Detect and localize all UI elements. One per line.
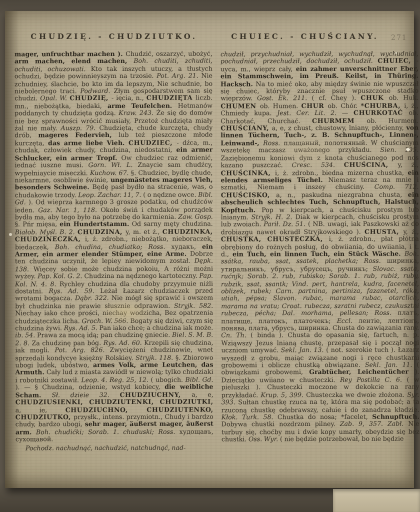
paper-speck	[9, 233, 12, 236]
running-head-left: CHUDZIĘ. - CHUDZIUTKO.	[15, 32, 213, 41]
column-right-text: chudził, przychudniał, wychudził, wychud…	[220, 51, 419, 444]
page-number: 271	[391, 34, 407, 42]
running-head-right: CHUIEC. - CHUŚCIANY.	[221, 32, 389, 41]
column-left: mager, unfruchtbar machen ). Chudzić, os…	[14, 51, 213, 484]
scanned-dictionary-photo: { "page": { "header_left": "CHUDZIĘ. - C…	[0, 0, 420, 512]
column-right: chudził, przychudniał, wychudził, wychud…	[220, 51, 419, 484]
column-left-text: mager, unfruchtbar machen ). Chudzić, os…	[14, 51, 213, 444]
dictionary-page: CHUDZIĘ. - CHUDZIUTKO. CHUIEC. - CHUŚCIA…	[5, 11, 414, 488]
adjacent-page-edge	[333, 489, 420, 512]
derivation-paragraph: Pochodz. nachudnąć, nachudzić, natchudną…	[15, 444, 213, 452]
paper-speck	[395, 52, 397, 54]
paper-speck	[406, 148, 410, 151]
